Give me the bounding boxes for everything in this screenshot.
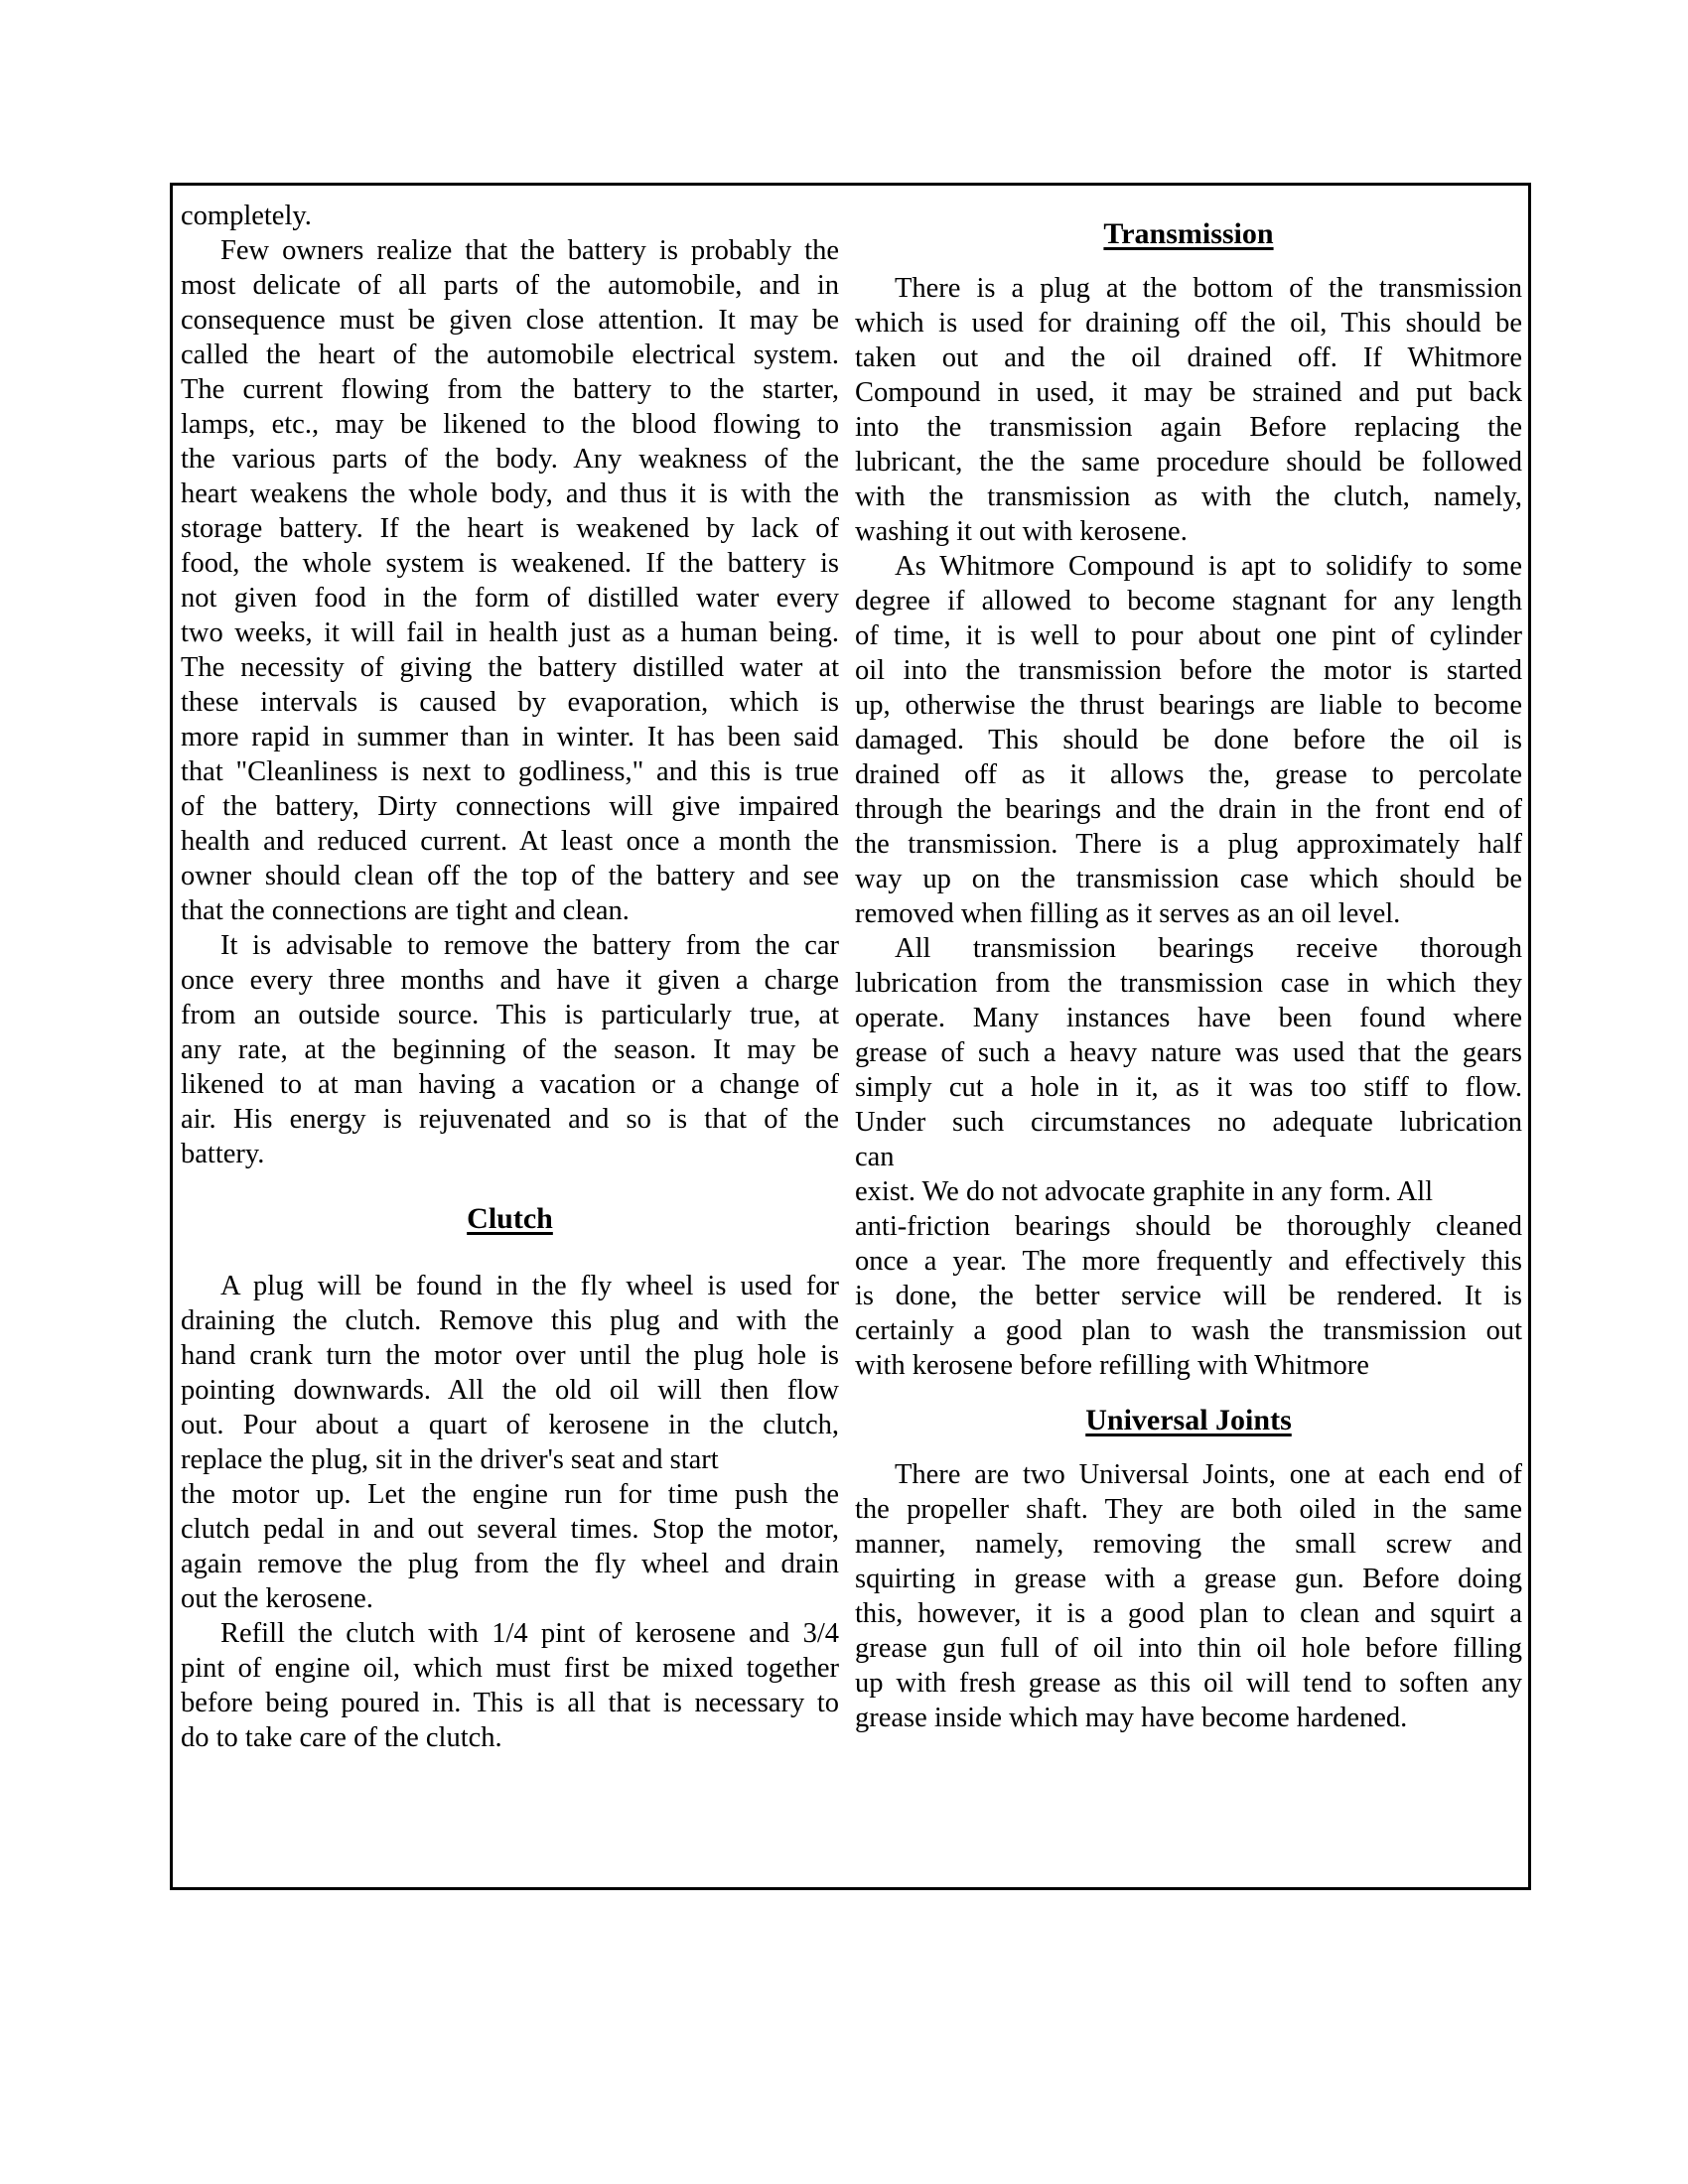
text-line: All transmission bearings receive thorou… [855,931,1522,966]
spacer [181,1236,839,1269]
text-line: exist. We do not advocate graphite in an… [855,1174,1522,1209]
text-line: called the heart of the automobile elect… [181,338,839,372]
text-line: hand crank turn the motor over until the… [181,1338,839,1373]
text-line: The necessity of giving the battery dist… [181,650,839,685]
text-line: The current flowing from the battery to … [181,372,839,407]
document-page: completely.Few owners realize that the b… [0,0,1688,2184]
text-line: of the battery, Dirty connections will g… [181,789,839,824]
text-line: the transmission. There is a plug approx… [855,827,1522,862]
text-line: pointing downwards. All the old oil will… [181,1373,839,1408]
text-line: out. Pour about a quart of kerosene in t… [181,1408,839,1442]
spacer [855,251,1522,271]
text-line: consequence must be given close attentio… [181,303,839,338]
text-line: air. His energy is rejuvenated and so is… [181,1102,839,1137]
text-line: Few owners realize that the battery is p… [181,233,839,268]
text-line: replace the plug, sit in the driver's se… [181,1442,839,1477]
text-line: operate. Many instances have been found … [855,1001,1522,1035]
text-line: It is advisable to remove the battery fr… [181,928,839,963]
text-line: any rate, at the beginning of the season… [181,1032,839,1067]
text-line: which is used for draining off the oil, … [855,306,1522,341]
text-line: There is a plug at the bottom of the tra… [855,271,1522,306]
text-line: Under such circumstances no adequate lub… [855,1105,1522,1140]
text-line: damaged. This should be done before the … [855,723,1522,757]
text-line: from an outside source. This is particul… [181,998,839,1032]
text-line: with kerosene before refilling with Whit… [855,1348,1522,1383]
text-line: completely. [181,199,839,233]
text-line: As Whitmore Compound is apt to solidify … [855,549,1522,584]
text-line: can [855,1140,1522,1174]
text-line: do to take care of the clutch. [181,1720,839,1755]
text-line: up, otherwise the thrust bearings are li… [855,688,1522,723]
text-line: again remove the plug from the fly wheel… [181,1547,839,1581]
clutch-section: A plug will be found in the fly wheel is… [181,1269,839,1755]
text-line: the various parts of the body. Any weakn… [181,442,839,477]
universal-joints-heading: Universal Joints [855,1403,1522,1437]
spacer [855,1383,1522,1403]
text-line: A plug will be found in the fly wheel is… [181,1269,839,1303]
clutch-heading: Clutch [181,1201,839,1236]
text-line: lubrication from the transmission case i… [855,966,1522,1001]
text-line: clutch pedal in and out several times. S… [181,1512,839,1547]
universal-joints-section: There are two Universal Joints, one at e… [855,1457,1522,1735]
text-line: simply cut a hole in it, as it was too s… [855,1070,1522,1105]
text-line: Refill the clutch with 1/4 pint of keros… [181,1616,839,1651]
text-line: more rapid in summer than in winter. It … [181,720,839,754]
text-line: way up on the transmission case which sh… [855,862,1522,896]
text-line: grease gun full of oil into thin oil hol… [855,1631,1522,1666]
text-line: most delicate of all parts of the automo… [181,268,839,303]
text-line: two weeks, it will fail in health just a… [181,615,839,650]
text-line: washing it out with kerosene. [855,514,1522,549]
text-line: the propeller shaft. They are both oiled… [855,1492,1522,1527]
text-line: up with fresh grease as this oil will te… [855,1666,1522,1701]
battery-section: completely.Few owners realize that the b… [181,199,839,1171]
text-line: likened to at man having a vacation or a… [181,1067,839,1102]
text-line: removed when filling as it serves as an … [855,896,1522,931]
text-line: grease inside which may have become hard… [855,1701,1522,1735]
text-line: these intervals is caused by evaporation… [181,685,839,720]
transmission-section: There is a plug at the bottom of the tra… [855,271,1522,1383]
text-line: grease of such a heavy nature was used t… [855,1035,1522,1070]
text-line: food, the whole system is weakened. If t… [181,546,839,581]
text-line: heart weakens the whole body, and thus i… [181,477,839,511]
text-line: pint of engine oil, which must first be … [181,1651,839,1686]
text-line: once a year. The more frequently and eff… [855,1244,1522,1279]
text-line: health and reduced current. At least onc… [181,824,839,859]
text-line: anti-friction bearings should be thoroug… [855,1209,1522,1244]
text-line: battery. [181,1137,839,1171]
text-line: that the connections are tight and clean… [181,893,839,928]
text-line: owner should clean off the top of the ba… [181,859,839,893]
text-line: degree if allowed to become stagnant for… [855,584,1522,618]
text-line: not given food in the form of distilled … [181,581,839,615]
text-line: into the transmission again Before repla… [855,410,1522,445]
text-line: Compound in used, it may be strained and… [855,375,1522,410]
text-line: is done, the better service will be rend… [855,1279,1522,1313]
text-line: taken out and the oil drained off. If Wh… [855,341,1522,375]
text-line: that "Cleanliness is next to godliness,"… [181,754,839,789]
transmission-heading: Transmission [855,216,1522,251]
text-line: storage battery. If the heart is weakene… [181,511,839,546]
left-column: completely.Few owners realize that the b… [181,199,839,1755]
text-line: certainly a good plan to wash the transm… [855,1313,1522,1348]
spacer [855,1437,1522,1457]
spacer [855,199,1522,216]
text-line: drained off as it allows the, grease to … [855,757,1522,792]
text-line: of time, it is well to pour about one pi… [855,618,1522,653]
text-line: draining the clutch. Remove this plug an… [181,1303,839,1338]
text-line: lubricant, the the same procedure should… [855,445,1522,479]
text-line: out the kerosene. [181,1581,839,1616]
text-line: squirting in grease with a grease gun. B… [855,1562,1522,1596]
text-line: There are two Universal Joints, one at e… [855,1457,1522,1492]
text-line: once every three months and have it give… [181,963,839,998]
text-line: the motor up. Let the engine run for tim… [181,1477,839,1512]
text-line: through the bearings and the drain in th… [855,792,1522,827]
text-line: lamps, etc., may be likened to the blood… [181,407,839,442]
spacer [181,1171,839,1201]
text-line: manner, namely, removing the small screw… [855,1527,1522,1562]
right-column: Transmission There is a plug at the bott… [855,199,1522,1735]
text-line: before being poured in. This is all that… [181,1686,839,1720]
text-line: this, however, it is a good plan to clea… [855,1596,1522,1631]
text-line: with the transmission as with the clutch… [855,479,1522,514]
text-line: oil into the transmission before the mot… [855,653,1522,688]
